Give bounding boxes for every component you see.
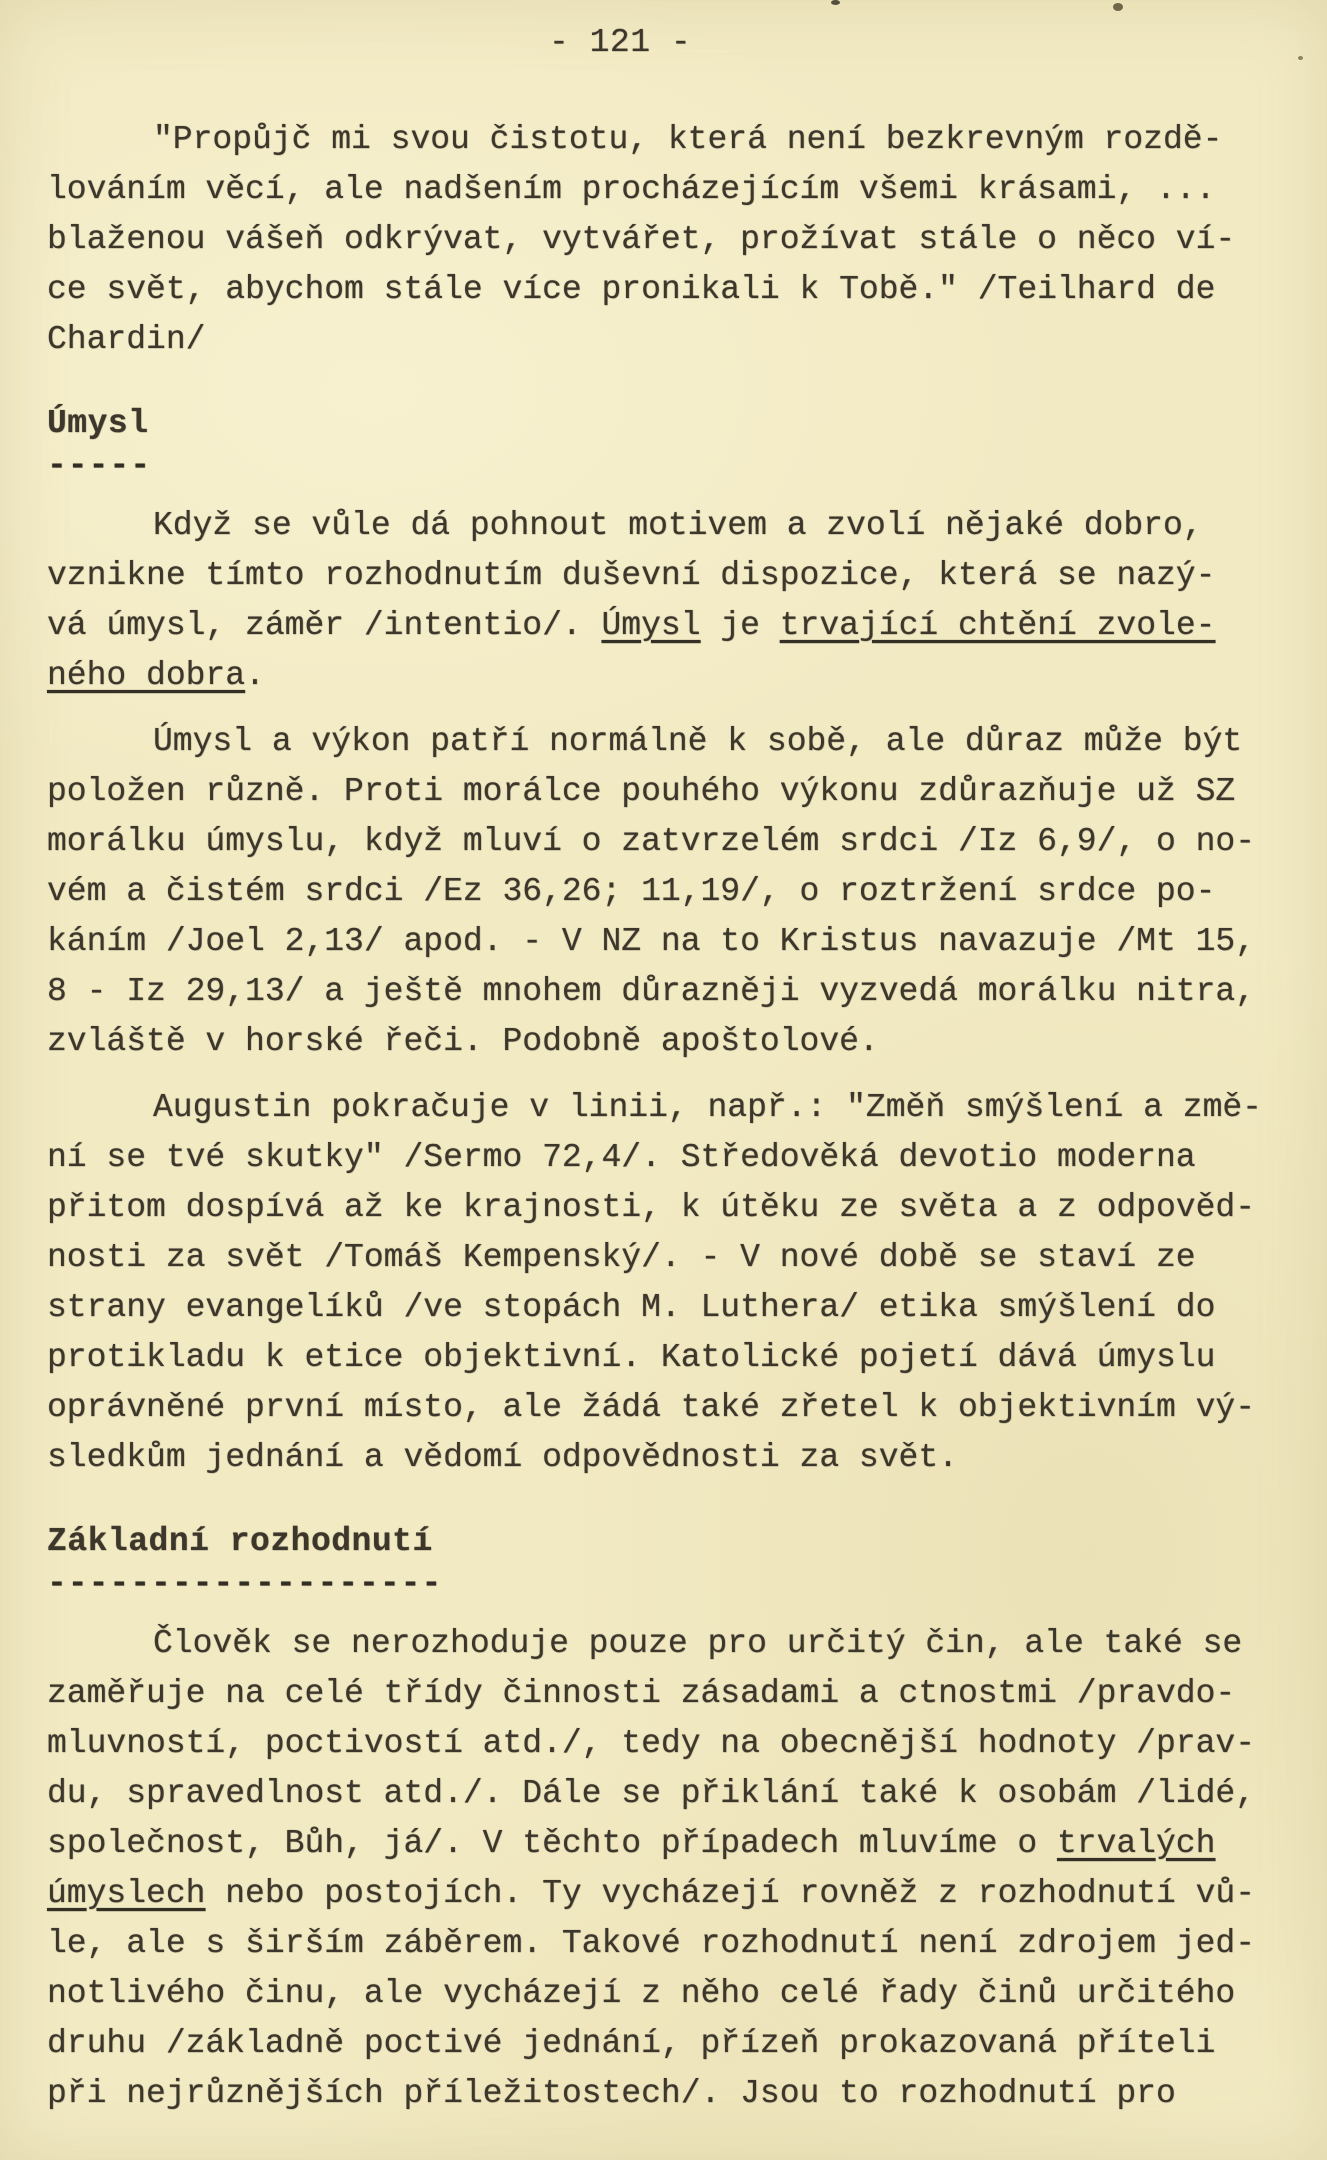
section-heading: Základní rozhodnutí [47, 1517, 1287, 1567]
text-segment: protikladu k etice objektivní. Katolické… [47, 1339, 1215, 1376]
text-line: káním /Joel 2,13/ apod. - V NZ na to Kri… [47, 917, 1287, 967]
text-line: notlivého činu, ale vycházejí z něho cel… [47, 1969, 1287, 2019]
paragraph: Úmysl a výkon patří normálně k sobě, ale… [47, 717, 1287, 1067]
text-segment: vznikne tímto rozhodnutím duševní dispoz… [47, 557, 1215, 594]
text-line: lováním věcí, ale nadšením procházejícím… [47, 165, 1287, 215]
text-segment: le, ale s širším záběrem. Takové rozhodn… [47, 1925, 1255, 1962]
text-line: ce svět, abychom stále více pronikali k … [47, 265, 1287, 315]
text-line: 8 - Iz 29,13/ a ještě mnohem důrazněji v… [47, 967, 1287, 1017]
text-line: vznikne tímto rozhodnutím duševní dispoz… [47, 551, 1287, 601]
text-segment: vá úmysl, záměr /intentio/. [47, 607, 602, 644]
underlined-text: ného dobra [47, 657, 245, 694]
text-line: le, ale s širším záběrem. Takové rozhodn… [47, 1919, 1287, 1969]
text-line: při nejrůznějších příležitostech/. Jsou … [47, 2069, 1287, 2119]
underlined-text: trvající chtění zvole- [780, 607, 1216, 644]
text-segment: strany evangelíků /ve stopách M. Luthera… [47, 1289, 1215, 1326]
underlined-text: Úmysl [602, 607, 701, 644]
text-line: zvláště v horské řeči. Podobně apoštolov… [47, 1017, 1287, 1067]
text-segment: ce svět, abychom stále více pronikali k … [47, 271, 1215, 308]
text-line: morálku úmyslu, když mluví o zatvrzelém … [47, 817, 1287, 867]
document-page: - 121 - "Propůjč mi svou čistotu, která … [0, 0, 1327, 2160]
text-line: Člověk se nerozhoduje pouze pro určitý č… [47, 1619, 1287, 1669]
text-segment: káním /Joel 2,13/ apod. - V NZ na to Kri… [47, 923, 1255, 960]
underlined-text: úmyslech [47, 1875, 205, 1912]
text-segment: lováním věcí, ale nadšením procházejícím… [47, 171, 1215, 208]
text-line: vém a čistém srdci /Ez 36,26; 11,19/, o … [47, 867, 1287, 917]
text-segment: sledkům jednání a vědomí odpovědnosti za… [47, 1439, 958, 1476]
heading-underline-dashes: ------------------- [47, 1567, 1287, 1601]
text-line: nosti za svět /Tomáš Kempenský/. - V nov… [47, 1233, 1287, 1283]
text-line: strany evangelíků /ve stopách M. Luthera… [47, 1283, 1287, 1333]
text-line: ného dobra. [47, 651, 1287, 701]
text-segment: du, spravedlnost atd./. Dále se přiklání… [47, 1775, 1255, 1812]
text-segment: Když se vůle dá pohnout motivem a zvolí … [153, 507, 1203, 544]
text-line: vá úmysl, záměr /intentio/. Úmysl je trv… [47, 601, 1287, 651]
text-line: Úmysl a výkon patří normálně k sobě, ale… [47, 717, 1287, 767]
text-line: Augustin pokračuje v linii, např.: "Změň… [47, 1083, 1287, 1133]
text-segment: Člověk se nerozhoduje pouze pro určitý č… [153, 1625, 1242, 1662]
text-segment: notlivého činu, ale vycházejí z něho cel… [47, 1975, 1235, 2012]
text-line: blaženou vášeň odkrývat, vytvářet, proží… [47, 215, 1287, 265]
text-segment: zaměřuje na celé třídy činnosti zásadami… [47, 1675, 1235, 1712]
text-line: přitom dospívá až ke krajnosti, k útěku … [47, 1183, 1287, 1233]
text-line: mluvností, poctivostí atd./, tedy na obe… [47, 1719, 1287, 1769]
text-line: úmyslech nebo postojích. Ty vycházejí ro… [47, 1869, 1287, 1919]
underlined-text: trvalých [1057, 1825, 1215, 1862]
text-segment: Chardin/ [47, 321, 205, 358]
text-line: du, spravedlnost atd./. Dále se přiklání… [47, 1769, 1287, 1819]
text-segment: přitom dospívá až ke krajnosti, k útěku … [47, 1189, 1255, 1226]
text-segment: mluvností, poctivostí atd./, tedy na obe… [47, 1725, 1255, 1762]
text-segment: položen různě. Proti morálce pouhého výk… [47, 773, 1235, 810]
text-line: druhu /základně poctivé jednání, přízeň … [47, 2019, 1287, 2069]
text-line: "Propůjč mi svou čistotu, která není bez… [47, 115, 1287, 165]
text-line: protikladu k etice objektivní. Katolické… [47, 1333, 1287, 1383]
text-segment: . [245, 657, 265, 694]
text-line: Chardin/ [47, 315, 1287, 365]
text-segment: nosti za svět /Tomáš Kempenský/. - V nov… [47, 1239, 1196, 1276]
text-line: sledkům jednání a vědomí odpovědnosti za… [47, 1433, 1287, 1483]
paper-speck [1298, 56, 1303, 60]
section-heading: Úmysl [47, 399, 1287, 449]
text-segment: druhu /základně poctivé jednání, přízeň … [47, 2025, 1215, 2062]
text-segment: blaženou vášeň odkrývat, vytvářet, proží… [47, 221, 1235, 258]
paragraph: Augustin pokračuje v linii, např.: "Změň… [47, 1083, 1287, 1483]
text-line: Když se vůle dá pohnout motivem a zvolí … [47, 501, 1287, 551]
text-segment: společnost, Bůh, já/. V těchto případech… [47, 1825, 1057, 1862]
text-segment: Úmysl a výkon patří normálně k sobě, ale… [153, 723, 1242, 760]
text-line: společnost, Bůh, já/. V těchto případech… [47, 1819, 1287, 1869]
heading-underline-dashes: ----- [47, 449, 1287, 483]
text-segment: "Propůjč mi svou čistotu, která není bez… [153, 121, 1222, 158]
text-segment: při nejrůznějších příležitostech/. Jsou … [47, 2075, 1176, 2112]
paragraph: "Propůjč mi svou čistotu, která není bez… [47, 115, 1287, 365]
document-content: "Propůjč mi svou čistotu, která není bez… [47, 115, 1287, 2135]
text-segment: je [701, 607, 780, 644]
text-segment: vém a čistém srdci /Ez 36,26; 11,19/, o … [47, 873, 1215, 910]
text-segment: Augustin pokračuje v linii, např.: "Změň… [153, 1089, 1262, 1126]
page-number: - 121 - [549, 18, 691, 68]
text-segment: oprávněné první místo, ale žádá také zře… [47, 1389, 1255, 1426]
text-segment: ní se tvé skutky" /Sermo 72,4/. Středově… [47, 1139, 1196, 1176]
text-segment: nebo postojích. Ty vycházejí rovněž z ro… [205, 1875, 1255, 1912]
paragraph: Když se vůle dá pohnout motivem a zvolí … [47, 501, 1287, 701]
paper-speck [831, 0, 840, 5]
paper-speck [1113, 3, 1123, 11]
text-line: oprávněné první místo, ale žádá také zře… [47, 1383, 1287, 1433]
text-line: položen různě. Proti morálce pouhého výk… [47, 767, 1287, 817]
text-segment: 8 - Iz 29,13/ a ještě mnohem důrazněji v… [47, 973, 1255, 1010]
text-line: zaměřuje na celé třídy činnosti zásadami… [47, 1669, 1287, 1719]
text-line: ní se tvé skutky" /Sermo 72,4/. Středově… [47, 1133, 1287, 1183]
text-segment: morálku úmyslu, když mluví o zatvrzelém … [47, 823, 1255, 860]
text-segment: zvláště v horské řeči. Podobně apoštolov… [47, 1023, 879, 1060]
paragraph: Člověk se nerozhoduje pouze pro určitý č… [47, 1619, 1287, 2119]
